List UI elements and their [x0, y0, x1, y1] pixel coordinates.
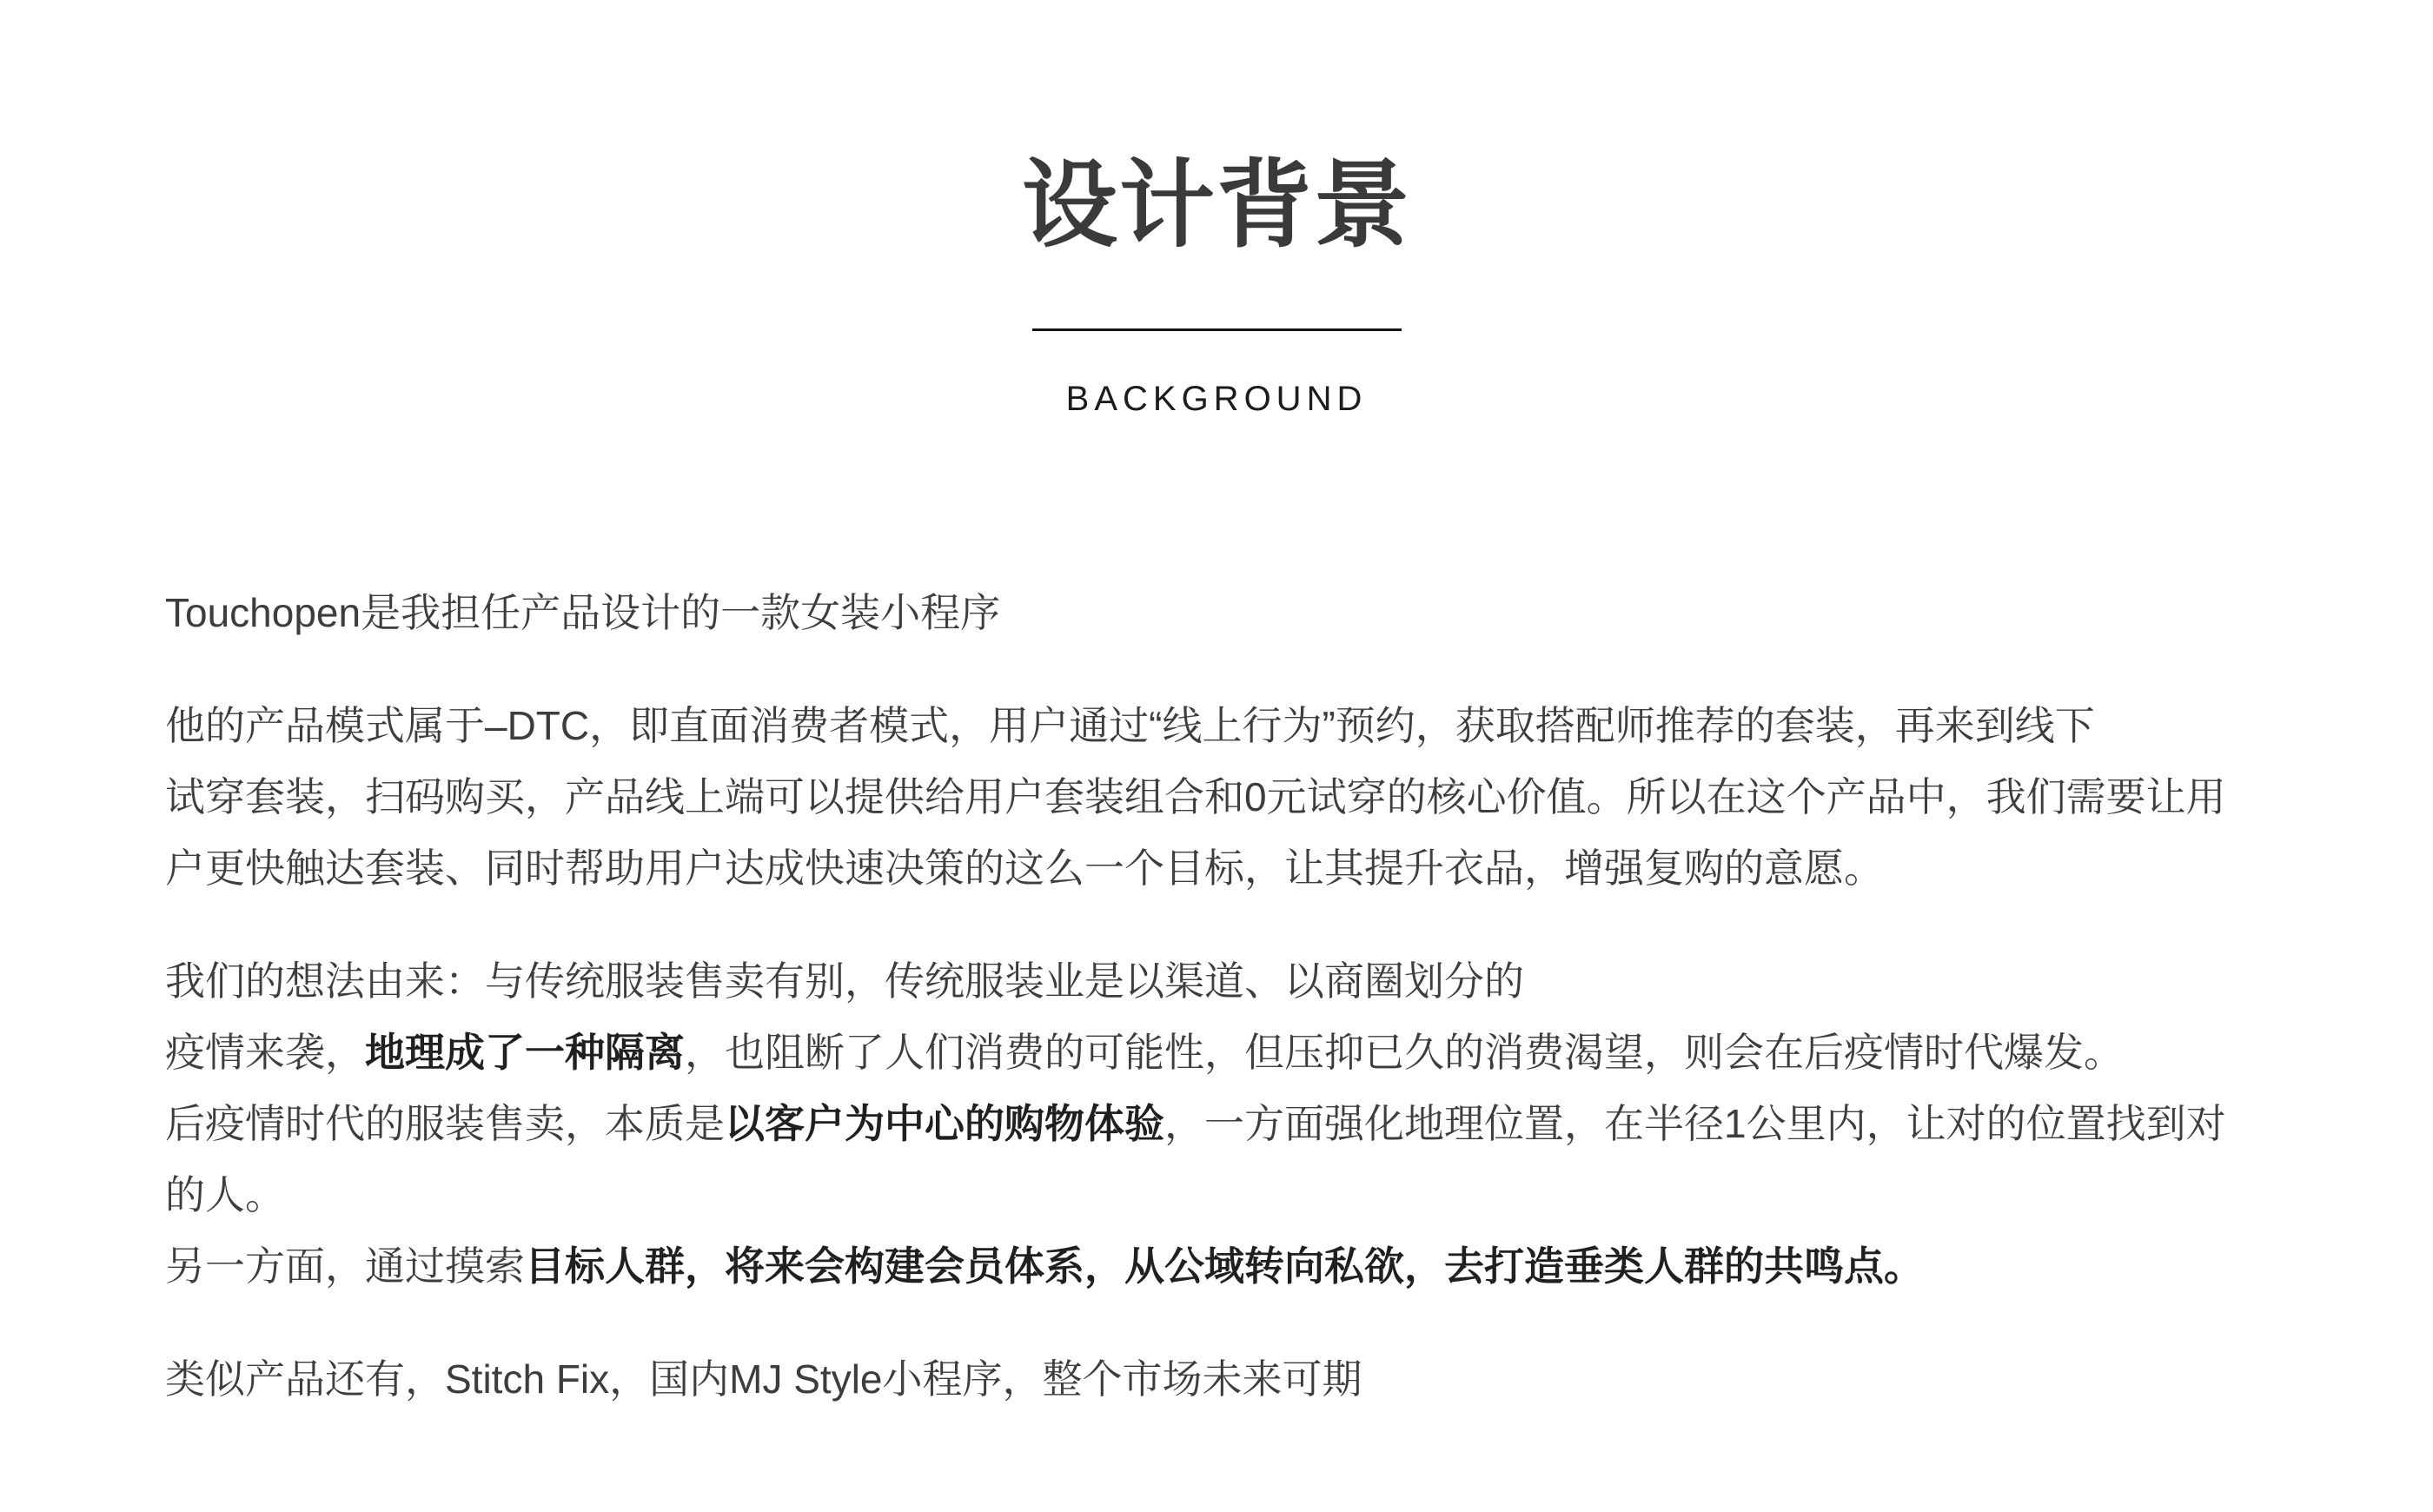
page-title: 设计背景: [0, 129, 2433, 266]
text-segment: 我们的想法由来：与传统服装售卖有别，传统服装业是以渠道、以商圈划分的: [165, 958, 1524, 1004]
text-line: 户更快触达套装、同时帮助用户达成快速决策的这么一个目标，让其提升衣品，增强复购的…: [165, 832, 2268, 904]
text-line: 另一方面，通过摸索目标人群，将来会构建会员体系，从公域转向私欲，去打造垂类人群的…: [165, 1230, 2268, 1302]
text-line: 他的产品模式属于–DTC，即直面消费者模式，用户通过“线上行为”预约，获取搭配师…: [165, 690, 2268, 761]
text-segment: 户更快触达套装、同时帮助用户达成快速决策的这么一个目标，让其提升衣品，增强复购的…: [165, 846, 1884, 891]
text-segment: Touchopen是我担任产品设计的一款女装小程序: [165, 590, 1000, 635]
text-segment: 他的产品模式属于–DTC，即直面消费者模式，用户通过“线上行为”预约，获取搭配师…: [165, 703, 2095, 748]
text-line: 类似产品还有，Stitch Fix，国内MJ Style小程序，整个市场未来可期: [165, 1343, 2268, 1415]
text-segment: 的人。: [165, 1172, 285, 1217]
paragraph: 他的产品模式属于–DTC，即直面消费者模式，用户通过“线上行为”预约，获取搭配师…: [165, 690, 2268, 904]
body-text: Touchopen是我担任产品设计的一款女装小程序他的产品模式属于–DTC，即直…: [165, 577, 2268, 1415]
text-line: Touchopen是我担任产品设计的一款女装小程序: [165, 577, 2268, 648]
bold-text-segment: 目标人群，将来会构建会员体系，从公域转向私欲，去打造垂类人群的共鸣点。: [525, 1243, 1924, 1289]
text-line: 后疫情时代的服装售卖，本质是以客户为中心的购物体验，一方面强化地理位置，在半径1…: [165, 1088, 2268, 1159]
bold-text-segment: 地理成了一种隔离: [365, 1030, 685, 1075]
paragraph: 类似产品还有，Stitch Fix，国内MJ Style小程序，整个市场未来可期: [165, 1343, 2268, 1415]
text-segment: 疫情来袭，: [165, 1030, 365, 1075]
page-subtitle: BACKGROUND: [0, 380, 2433, 419]
text-line: 试穿套装，扫码购买，产品线上端可以提供给用户套装组合和0元试穿的核心价值。所以在…: [165, 761, 2268, 832]
slide-page: 设计背景 BACKGROUND Touchopen是我担任产品设计的一款女装小程…: [0, 0, 2433, 1512]
text-segment: 试穿套装，扫码购买，产品线上端可以提供给用户套装组合和0元试穿的核心价值。所以在…: [165, 774, 2226, 819]
text-segment: ，一方面强化地理位置，在半径1公里内，让对的位置找到对: [1164, 1101, 2226, 1146]
slide-header: 设计背景 BACKGROUND: [0, 0, 2433, 419]
title-divider: [1032, 328, 1402, 331]
text-line: 的人。: [165, 1159, 2268, 1230]
text-segment: 类似产品还有，Stitch Fix，国内MJ Style小程序，整个市场未来可期: [165, 1356, 1362, 1402]
text-line: 我们的想法由来：与传统服装售卖有别，传统服装业是以渠道、以商圈划分的: [165, 945, 2268, 1017]
text-segment: 后疫情时代的服装售卖，本质是: [165, 1101, 725, 1146]
text-segment: 另一方面，通过摸索: [165, 1243, 525, 1289]
text-line: 疫情来袭，地理成了一种隔离，也阻断了人们消费的可能性，但压抑已久的消费渴望，则会…: [165, 1017, 2268, 1088]
paragraph: Touchopen是我担任产品设计的一款女装小程序: [165, 577, 2268, 648]
bold-text-segment: 以客户为中心的购物体验: [725, 1101, 1164, 1146]
text-segment: ，也阻断了人们消费的可能性，但压抑已久的消费渴望，则会在后疫情时代爆发。: [685, 1030, 2124, 1075]
paragraph: 我们的想法由来：与传统服装售卖有别，传统服装业是以渠道、以商圈划分的疫情来袭，地…: [165, 945, 2268, 1302]
